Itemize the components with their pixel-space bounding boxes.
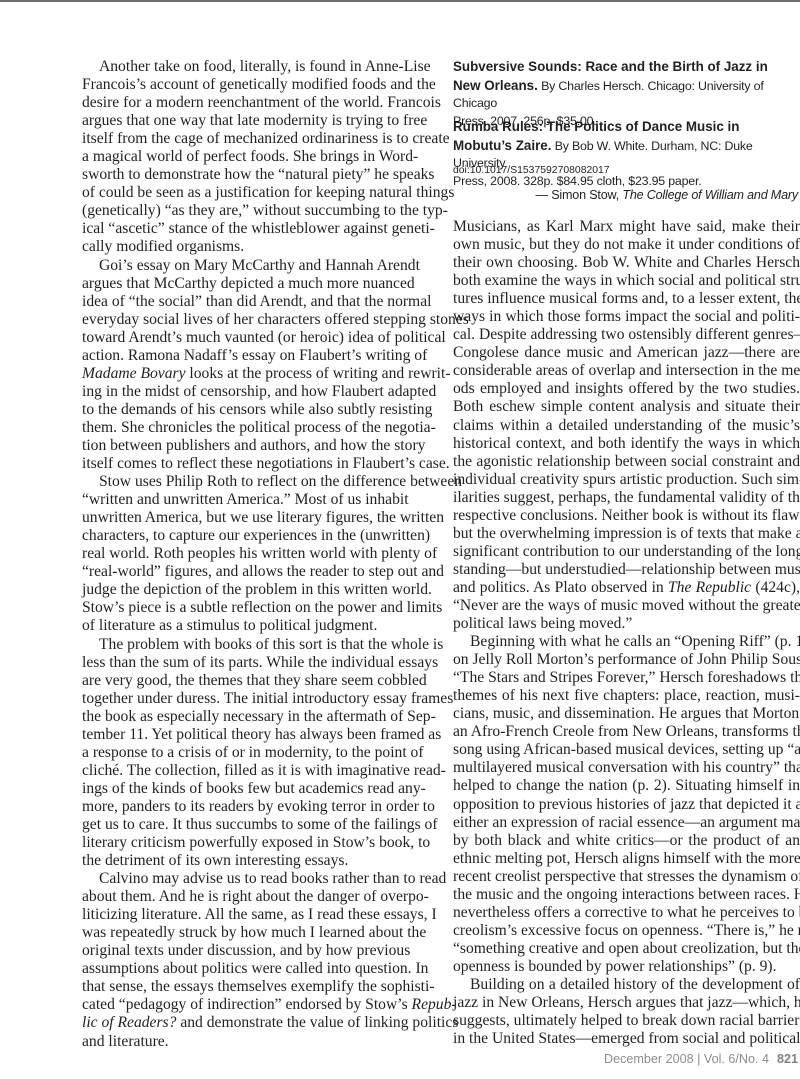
text-line: Another take on food, literally, is foun… (82, 58, 400, 76)
right-column: Musicians, as Karl Marx might have said,… (453, 218, 800, 1048)
em-dash: — (536, 188, 552, 202)
text-line: opposition to previous histories of jazz… (453, 796, 800, 814)
text-line: them. She chronicles the political proce… (82, 419, 400, 437)
paragraph: The problem with books of this sort is t… (82, 636, 400, 871)
text-line: an Afro-French Creole from New Orleans, … (453, 723, 800, 741)
text-line: political laws being moved.” (453, 615, 800, 633)
left-column: Another take on food, literally, is foun… (82, 58, 400, 1051)
text-line: the book as especially necessary in the … (82, 708, 400, 726)
text-line: the detriment of its own interesting ess… (82, 852, 400, 870)
text-line: nevertheless offers a corrective to what… (453, 904, 800, 922)
text-line: “written and unwritten America.” Most of… (82, 491, 400, 509)
text-line: a magical world of perfect foods. She br… (82, 148, 400, 166)
text-line: ical “ascetic” stance of the whistleblow… (82, 220, 400, 238)
text-line: cliché. The collection, filled as it is … (82, 762, 400, 780)
text-line: their own choosing. Bob W. White and Cha… (453, 254, 800, 272)
paragraph: Musicians, as Karl Marx might have said,… (453, 218, 800, 633)
text-line: to the demands of his censors while also… (82, 401, 400, 419)
text-line: by both black and white critics—or the p… (453, 832, 800, 850)
text-line: ways in which those forms impact the soc… (453, 308, 800, 326)
text-line: the agonistic relationship between socia… (453, 453, 800, 471)
text-line: ings of the kinds of books few but acade… (82, 780, 400, 798)
text-line: own music, but they do not make it under… (453, 236, 800, 254)
text-line: song using African-based musical devices… (453, 741, 800, 759)
text-line: assumptions about politics were called i… (82, 960, 400, 978)
text-line: but the overwhelming impression is of te… (453, 525, 800, 543)
text-line: Calvino may advise us to read books rath… (82, 870, 400, 888)
book-citation-2: Rumba Rules: The Politics of Dance Music… (453, 118, 800, 190)
text-line: Musicians, as Karl Marx might have said,… (453, 218, 800, 236)
text-line: that sense, the essays themselves exempl… (82, 978, 400, 996)
text-line: considerable areas of overlap and inters… (453, 362, 800, 380)
text-line: multilayered musical conversation with h… (453, 759, 800, 777)
doi-link[interactable]: doi:10.1017/S1537592708082017 (453, 165, 610, 176)
page-number: 821 (777, 1052, 798, 1066)
text-line: characters, to capture our experiences i… (82, 527, 400, 545)
text-line: ing in the midst of censorship, and how … (82, 383, 400, 401)
paragraph: Stow uses Philip Roth to reflect on the … (82, 473, 400, 635)
paragraph: Goi’s essay on Mary McCarthy and Hannah … (82, 257, 400, 474)
text-line: Goi’s essay on Mary McCarthy and Hannah … (82, 257, 400, 275)
text-line: action. Ramona Nadaff’s essay on Flauber… (82, 347, 400, 365)
text-line: itself comes to reflect these negotiatio… (82, 455, 400, 473)
text-line: in the United States—emerged from social… (453, 1030, 800, 1048)
text-line: argues that one way that late modernity … (82, 112, 400, 130)
text-line: “The Stars and Stripes Forever,” Hersch … (453, 669, 800, 687)
text-line: themes of his next five chapters: place,… (453, 687, 800, 705)
text-line: judge the depiction of the problem in th… (82, 581, 400, 599)
paragraph: Calvino may advise us to read books rath… (82, 870, 400, 1050)
text-line: less than the sum of its parts. While th… (82, 654, 400, 672)
text-line: cally modified organisms. (82, 238, 400, 256)
text-line: historical context, and both identify th… (453, 435, 800, 453)
text-line: are very good, the themes that they shar… (82, 672, 400, 690)
text-line: tion between publishers and authors, and… (82, 437, 400, 455)
book-title: Mobutu’s Zaire. (453, 138, 551, 153)
text-line: “something creative and open about creol… (453, 940, 800, 958)
top-rule (0, 0, 800, 2)
text-line: was repeatedly struck by how much I lear… (82, 924, 400, 942)
text-line: Stow uses Philip Roth to reflect on the … (82, 473, 400, 491)
text-line: suggests, ultimately helped to break dow… (453, 1012, 800, 1030)
paragraph: Building on a detailed history of the de… (453, 976, 800, 1048)
text-line: get us to care. It thus succumbs to some… (82, 816, 400, 834)
reviewer-affiliation: The College of William and Mary (622, 188, 798, 202)
text-line: cians, music, and dissemination. He argu… (453, 705, 800, 723)
text-line: and politics. As Plato observed in The R… (453, 579, 800, 597)
text-line: helped to change the nation (p. 2). Situ… (453, 777, 800, 795)
text-line: standing—but understudied—relationship b… (453, 561, 800, 579)
text-line: of literature as a stimulus to political… (82, 617, 400, 635)
text-line: tures influence musical forms and, to a … (453, 290, 800, 308)
text-line: more, panders to its readers by evoking … (82, 798, 400, 816)
text-line: together under duress. The initial intro… (82, 690, 400, 708)
text-line: The problem with books of this sort is t… (82, 636, 400, 654)
text-line: Both eschew simple content analysis and … (453, 398, 800, 416)
issue-info: December 2008 | Vol. 6/No. 4 (604, 1052, 769, 1066)
text-line: liticizing literature. All the same, as … (82, 906, 400, 924)
text-line: original texts under discussion, and by … (82, 942, 400, 960)
text-line: lic of Readers? and demonstrate the valu… (82, 1014, 400, 1032)
text-line: “Never are the ways of music moved witho… (453, 597, 800, 615)
text-line: Francois’s account of genetically modifi… (82, 76, 400, 94)
text-line: recent creolist perspective that stresse… (453, 868, 800, 886)
text-line: creolism’s excessive focus on openness. … (453, 922, 800, 940)
text-line: ethnic melting pot, Hersch aligns himsel… (453, 850, 800, 868)
text-line: toward Arendt’s much vaunted (or heroic)… (82, 329, 400, 347)
text-line: on Jelly Roll Morton’s performance of Jo… (453, 651, 800, 669)
text-line: idea of “the social” than did Arendt, an… (82, 293, 400, 311)
text-line: both examine the ways in which social an… (453, 272, 800, 290)
text-line: itself from the cage of mechanized ordin… (82, 130, 400, 148)
reviewer-name: Simon Stow, (551, 188, 622, 202)
text-line: everyday social lives of her characters … (82, 311, 400, 329)
paragraph: Beginning with what he calls an “Opening… (453, 633, 800, 976)
text-line: Madame Bovary looks at the process of wr… (82, 365, 400, 383)
text-line: tember 11. Yet political theory has alwa… (82, 726, 400, 744)
text-line: ods employed and insights offered by the… (453, 380, 800, 398)
text-line: the music and the ongoing interactions b… (453, 886, 800, 904)
text-line: openness is bounded by power relationshi… (453, 958, 800, 976)
text-line: about them. And he is right about the da… (82, 888, 400, 906)
text-line: unwritten America, but we use literary f… (82, 509, 400, 527)
book-title: New Orleans. (453, 78, 538, 93)
text-line: literary criticism powerfully exposed in… (82, 834, 400, 852)
text-line: jazz in New Orleans, Hersch argues that … (453, 994, 800, 1012)
text-line: Beginning with what he calls an “Opening… (453, 633, 800, 651)
text-line: cated “pedagogy of indirection” endorsed… (82, 996, 400, 1014)
text-line: either an expression of racial essence—a… (453, 814, 800, 832)
book-title: Subversive Sounds: Race and the Birth of… (453, 59, 768, 74)
text-line: (genetically) “as they are,” without suc… (82, 202, 400, 220)
text-line: individual creativity spurs artistic pro… (453, 471, 800, 489)
text-line: argues that McCarthy depicted a much mor… (82, 275, 400, 293)
page-footer: December 2008 | Vol. 6/No. 4821 (604, 1052, 798, 1066)
text-line: real world. Roth peoples his written wor… (82, 545, 400, 563)
text-line: of could be seen as a justification for … (82, 184, 400, 202)
paragraph: Another take on food, literally, is foun… (82, 58, 400, 257)
text-line: a response to a crisis of or in modernit… (82, 744, 400, 762)
text-line: and literature. (82, 1033, 400, 1051)
text-line: ilarities suggest, perhaps, the fundamen… (453, 489, 800, 507)
text-line: cal. Despite addressing two ostensibly d… (453, 326, 800, 344)
text-line: claims within a detailed understanding o… (453, 417, 800, 435)
text-line: Building on a detailed history of the de… (453, 976, 800, 994)
text-line: “real-world” figures, and allows the rea… (82, 563, 400, 581)
reviewer-byline: — Simon Stow, The College of William and… (536, 188, 798, 202)
text-line: Congolese dance music and American jazz—… (453, 344, 800, 362)
text-line: desire for a modern reenchantment of the… (82, 94, 400, 112)
text-line: Stow’s piece is a subtle reflection on t… (82, 599, 400, 617)
book-title: Rumba Rules: The Politics of Dance Music… (453, 119, 739, 134)
text-line: sworth to demonstrate how the “natural p… (82, 166, 400, 184)
text-line: significant contribution to our understa… (453, 543, 800, 561)
text-line: respective conclusions. Neither book is … (453, 507, 800, 525)
